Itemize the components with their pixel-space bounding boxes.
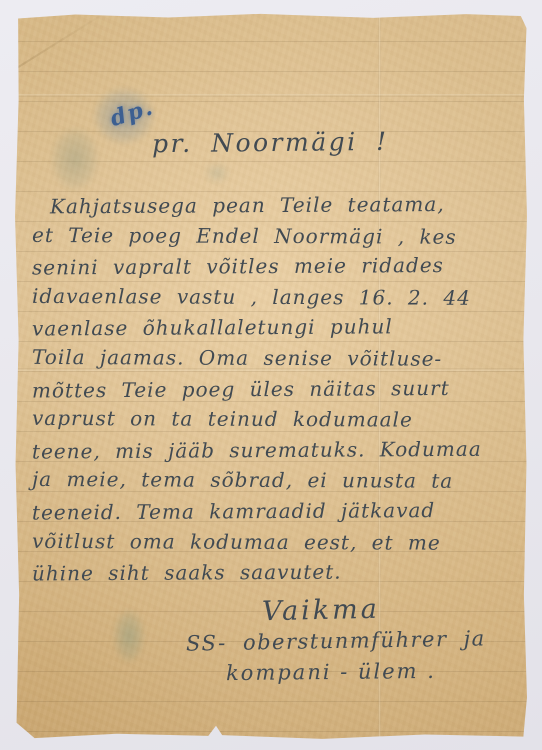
handwritten-line: võitlust oma kodumaa eest, et me <box>32 528 528 561</box>
handwritten-line: idavaenlase vastu , langes 16. 2. 44 <box>32 284 528 317</box>
scan-background: dp. pr. Noormägi ! Kahjatsusega pean Tei… <box>0 0 542 750</box>
letter-paper: dp. pr. Noormägi ! Kahjatsusega pean Tei… <box>14 12 528 741</box>
handwritten-line: vaprust on ta teinud kodumaale <box>32 406 528 439</box>
stain-faint-center <box>204 162 230 184</box>
handwritten-line: vaenlase õhukallaletungi puhul <box>32 314 528 348</box>
handwritten-line: mõttes Teie poeg üles näitas suurt <box>32 375 528 409</box>
handwritten-line: Kahjatsusega pean Teile teatama, <box>32 191 528 225</box>
handwritten-line: Toila jaamas. Oma senise võitluse- <box>32 345 528 378</box>
handwritten-line: ühine siht saaks saavutet. <box>32 559 528 593</box>
handwritten-line: et Teie poeg Endel Noormägi , kes <box>32 223 528 256</box>
handwritten-line: senini vapralt võitles meie ridades <box>32 253 528 287</box>
signature-title-line-2: kompani - ülem . <box>226 659 436 685</box>
handwritten-line: ja meie, tema sõbrad, ei unusta ta <box>32 467 528 500</box>
letter-body: Kahjatsusega pean Teile teatama, et Teie… <box>32 193 528 591</box>
handwritten-line: teeneid. Tema kamraadid jätkavad <box>32 497 528 531</box>
handwritten-line: teene, mis jääb surematuks. Kodumaa <box>32 436 528 470</box>
salutation-line: pr. Noormägi ! <box>152 127 389 158</box>
stain-green-bottom <box>114 610 144 662</box>
signature-name: Vaikma <box>262 594 380 627</box>
stain-green-left <box>52 128 98 190</box>
